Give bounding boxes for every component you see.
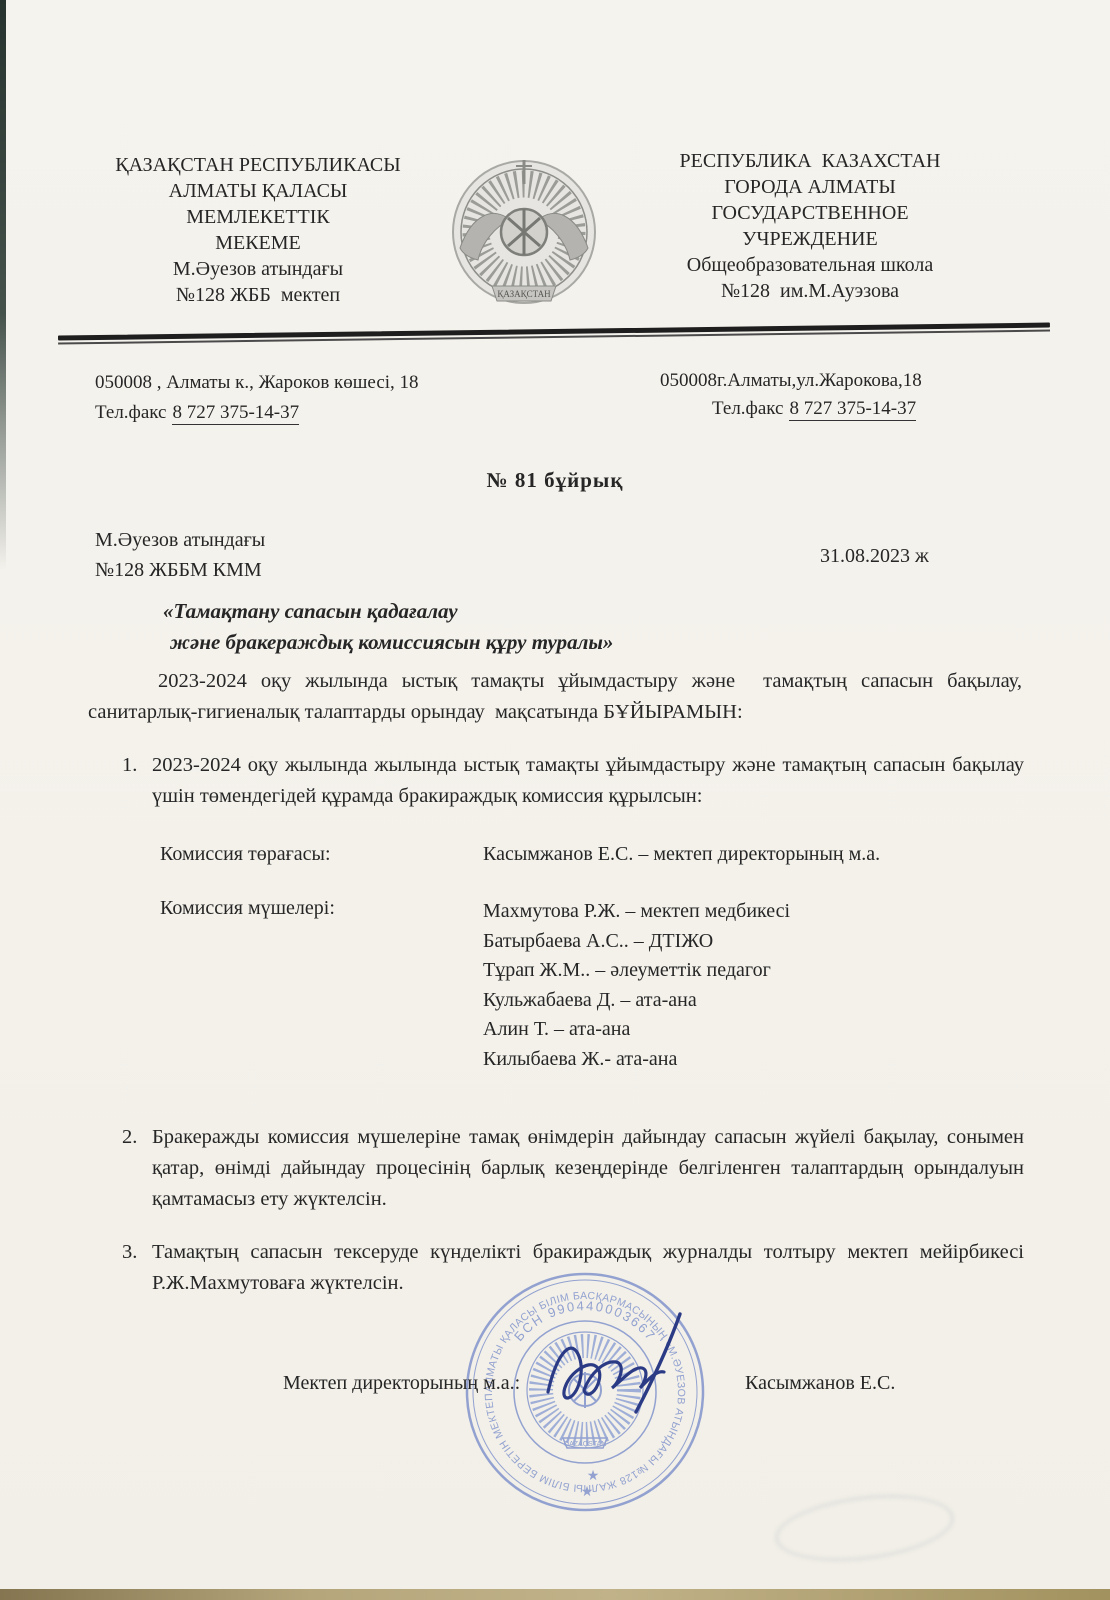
item-number: 2. (122, 1122, 152, 1215)
phone-number: 8 727 375-14-37 (789, 398, 916, 421)
letterhead-line: ГОРОДА АЛМАТЫ (596, 174, 1024, 200)
order-date: 31.08.2023 ж (820, 545, 929, 568)
order-item-2: 2. Бракеражды комиссия мүшелеріне тамақ … (122, 1122, 1024, 1215)
commission-members-label: Комиссия мүшелері: (160, 897, 335, 920)
item-text: Бракеражды комиссия мүшелеріне тамақ өні… (152, 1122, 1024, 1215)
order-title-line: «Тамақтану сапасын қадағалау (163, 596, 613, 627)
letterhead-line: АЛМАТЫ ҚАЛАСЫ (88, 178, 428, 204)
commission-member: Алин Т. – ата-ана (483, 1015, 790, 1045)
commission-member: Кульжабаева Д. – ата-ана (483, 986, 790, 1016)
order-intro-paragraph: 2023-2024 оқу жылында ыстық тамақты ұйым… (88, 666, 1022, 728)
order-title-line: және бракераждық комиссиясын құру туралы… (170, 627, 613, 658)
order-item-1: 1. 2023-2024 оқу жылында жылында ыстық т… (122, 750, 1024, 812)
order-title: «Тамақтану сапасын қадағалау және бракер… (163, 596, 613, 658)
letterhead-line: РЕСПУБЛИКА КАЗАХСТАН (596, 148, 1024, 174)
letterhead-line: №128 ЖББ мектеп (88, 282, 428, 308)
letterhead-divider-rule (58, 323, 1050, 345)
contact-phone-right: Тел.факс8 727 375-14-37 (712, 398, 916, 420)
letterhead-line: №128 им.М.Ауэзова (596, 278, 1024, 304)
commission-member: Килыбаева Ж.- ата-ана (483, 1045, 790, 1075)
scanned-order-document: ҚАЗАҚСТАН РЕСПУБЛИКАСЫ АЛМАТЫ ҚАЛАСЫ МЕМ… (0, 0, 1110, 1600)
letterhead-line: МЕКЕМЕ (88, 230, 428, 256)
letterhead-line: Общеобразовательная школа (596, 252, 1024, 278)
signature-role-label: Мектеп директорының м.а.: (283, 1372, 520, 1395)
stamp-star-icon: ★ (581, 1485, 594, 1500)
stamp-remnant-smudge (772, 1486, 957, 1569)
item-number: 1. (122, 750, 152, 812)
contact-block-left: 050008 , Алматы к., Жароков көшесі, 18 Т… (95, 368, 419, 428)
phone-number: 8 727 375-14-37 (172, 402, 299, 425)
item-number: 3. (122, 1237, 152, 1299)
emblem-banner-text: ҚАЗАҚСТАН (497, 289, 551, 299)
handwritten-signature (540, 1308, 710, 1418)
org-line: М.Әуезов атындағы (95, 525, 265, 555)
commission-members-list: Махмутова Р.Ж. – мектеп медбикесі Батырб… (483, 897, 790, 1074)
org-line: №128 ЖББМ КММ (95, 555, 265, 585)
commission-member: Батырбаева А.С.. – ДТІЖО (483, 927, 790, 957)
signature-name: Касымжанов Е.С. (745, 1372, 895, 1395)
item-text: 2023-2024 оқу жылында жылында ыстық тама… (152, 750, 1024, 812)
letterhead-kazakh: ҚАЗАҚСТАН РЕСПУБЛИКАСЫ АЛМАТЫ ҚАЛАСЫ МЕМ… (88, 152, 428, 308)
letterhead-line: ҚАЗАҚСТАН РЕСПУБЛИКАСЫ (88, 152, 428, 178)
letterhead-line: ГОСУДАРСТВЕННОЕ (596, 200, 1024, 226)
stamp-star-icon: ★ (587, 1469, 600, 1484)
commission-chair-value: Касымжанов Е.С. – мектеп директорының м.… (483, 843, 880, 866)
address-line: 050008 , Алматы к., Жароков көшесі, 18 (95, 368, 419, 398)
stamp-banner-text: QAZAQSTAN (564, 1441, 607, 1448)
address-line-right: 050008г.Алматы,ул.Жарокова,18 (660, 370, 922, 392)
kazakhstan-coat-of-arms-icon: ҚАЗАҚСТАН (448, 152, 600, 317)
commission-member: Тұрап Ж.М.. – әлеуметтік педагог (483, 956, 790, 986)
scan-edge-bottom (0, 1589, 1110, 1600)
commission-member: Махмутова Р.Ж. – мектеп медбикесі (483, 897, 790, 927)
letterhead-line: М.Әуезов атындағы (88, 256, 428, 282)
letterhead-russian: РЕСПУБЛИКА КАЗАХСТАН ГОРОДА АЛМАТЫ ГОСУД… (596, 148, 1024, 304)
phone-label: Тел.факс (95, 402, 166, 423)
issuing-org-block: М.Әуезов атындағы №128 ЖББМ КММ (95, 525, 265, 585)
order-number-heading: № 81 бұйрық (0, 468, 1110, 493)
letterhead-line: УЧРЕЖДЕНИЕ (596, 226, 1024, 252)
commission-chair-label: Комиссия төрағасы: (160, 843, 331, 866)
phone-label: Тел.факс (712, 398, 783, 419)
letterhead-line: МЕМЛЕКЕТТІК (88, 204, 428, 230)
